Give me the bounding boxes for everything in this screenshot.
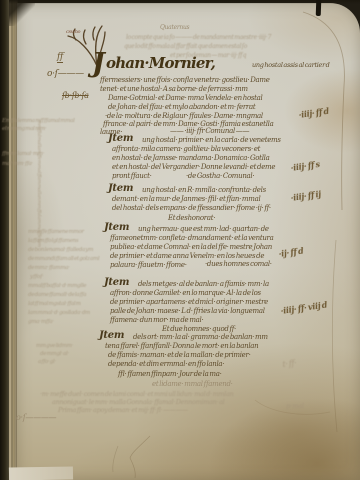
margin-note-1: mm gve lidmm· <box>36 343 73 349</box>
margin-note-3: a ffo· gl· <box>38 359 56 365</box>
p1-l2: tenet· et une hostal· A sa borne· de fer… <box>100 85 248 93</box>
marginalia-a3: de bon lenamal· ffalleda ym <box>28 247 93 253</box>
p3-l3: del hostal· dels empans· de ffessandier·… <box>112 204 271 212</box>
header-title: Quaternus <box>160 24 189 31</box>
amount-2: ·iiij· ff s <box>290 159 320 173</box>
p3-l1: ung hostal· en R· mmlla· confronta· dels <box>142 186 266 194</box>
marginalia-b5: gma· mffa· <box>28 319 54 325</box>
p2-l2: affronta· mila camera· goltlieu· bla vec… <box>112 145 260 153</box>
p6-l2: tena ffarel· ffanffanll· Donna le mort· … <box>105 342 258 350</box>
margin-note-2: de mmgl· al· <box>40 351 69 357</box>
p1-l3: Dame·Gotmial· et Dame· mma Vendela· en h… <box>108 94 263 102</box>
p4-l4: de primier· et dame anna Venelm· en los … <box>110 252 264 260</box>
p6-l4: dependa· et dim ermmal· en ffo lanla· <box>108 360 224 368</box>
amount-3: ·iiij· ff ij <box>290 189 321 203</box>
amount-1: ·iiij· ff d <box>298 106 329 120</box>
p5-l4: palle de Johan· maese· L d· ffries la vi… <box>110 307 265 315</box>
marginalia-b1: mmalff baffal· d· mmglle <box>28 283 86 289</box>
amount-4: ·ij· ff d <box>278 246 304 259</box>
note-amount: p· mal <box>286 402 304 410</box>
item-3: Jtem <box>108 183 133 194</box>
note-l3: Prima ffam· apoy deman· et mij· ff· fl· … <box>58 406 188 414</box>
heading-initial: J <box>92 48 105 79</box>
header-ghost-2: que lo dit ffo mala al ffar ffait que da… <box>124 43 247 50</box>
marginalia-a6: y ffo ſ· <box>30 274 43 280</box>
p2-somme: ·de Gostha· Comunal· <box>186 172 254 180</box>
bleed-vertical: mm ffal mal lam ffe mm al ffam mal lan m… <box>36 120 42 247</box>
p5-center: Et due homnes· quod ff· <box>162 325 236 333</box>
header-ghost-3: et per ſo deman — mar ·iij· ff q <box>170 52 246 59</box>
p1-l1: ffermessiers· une ffois· confla venetra·… <box>100 76 270 84</box>
marginalia-b2: de dame ffamall· de la ffa <box>28 292 86 298</box>
p5-l5: ffamena· dun mor· ma de mal· <box>110 316 203 324</box>
amount-6: t· ff· <box>282 359 297 369</box>
p6-l3: de ffamis· maman· et de la mallan· de pr… <box>108 351 251 359</box>
margin-strike: ſb·ſb·ſa <box>62 91 89 100</box>
initial-flourish-text: csvino <box>66 29 80 35</box>
p5-l3: de primier· apartamens· et dmicl· origin… <box>110 298 268 306</box>
p2-l5: pront ffauct· <box>112 172 152 180</box>
p4-somme: ·dues homnes comal· <box>205 260 272 268</box>
p2-l3: en hostal· de Jamsse· mandama· Donamica·… <box>112 154 269 162</box>
marginalia-a5: de mmz· ffamma· <box>28 265 70 271</box>
text-layer: J ohan·Mornier, Quaternuslo compte que i… <box>0 0 360 480</box>
margin-ot-mark: o·ſ——— <box>47 69 84 79</box>
item-4: Jtem <box>104 222 129 233</box>
p5-l1: dels metges· al de banlan· a ffamis· mm·… <box>138 280 269 288</box>
heading-tail: ung hostal assis al cartier d <box>252 61 330 69</box>
p2-l4: et en hostal· del Vergandier· Donne leva… <box>112 163 275 171</box>
note-l1: ·m· meffe duel· comen de lami comal· et … <box>40 390 234 398</box>
p1-l5: ·de la· moltura· de Riglaur· ffaules· Da… <box>105 112 263 120</box>
marginalia-a4: de mmandi ffam all et golz aml <box>28 256 99 262</box>
p3-l2: demant· en la mur· de Janmes· ffil· et f… <box>112 195 260 203</box>
p1-l4: de Johan· del ffau· et mylo abandon· et … <box>108 103 255 111</box>
amount-5: ·iiij· ff· viij d <box>280 299 328 315</box>
p5-l2: affron· donne Gamilet· en lo marque· Al·… <box>110 289 261 297</box>
p6-l1: dels ort· mm· la al· gramma· de banlan· … <box>133 333 268 341</box>
p6-center: et lidame· mmal ffamend· <box>152 380 233 388</box>
p4-l3: publiea· et dame Comnal· en la del ffe· … <box>110 243 272 251</box>
item-5: Jtem <box>104 277 129 288</box>
manuscript-photo: J ohan·Mornier, Quaternuslo compte que i… <box>0 0 360 480</box>
bleed-left-4: mal· mm· ffa· <box>2 161 33 167</box>
p1-somme: —— ·iiij· ffr Comunal —— <box>170 127 249 135</box>
header-ghost-1: lo compte que ia fo ——— de mandament mae… <box>126 34 271 41</box>
note-l2: annoniguat· le mm· malla Gonnala· ffamal… <box>52 398 224 406</box>
marginalia-b3: lat ff mal mgstal· ffal m <box>28 301 81 307</box>
mark-bottom-left: o·ſ———— <box>16 413 56 422</box>
marginalia-b4: lam mmal· d· gosllada· dm <box>28 310 90 316</box>
p4-l2: ffameonetmm· confleta· dmandament· et la… <box>110 234 273 242</box>
p4-l5: palaura· ffauetm· ffome· <box>110 261 187 269</box>
p3-center: Et deshonorat· <box>168 214 215 222</box>
item-2: Jtem <box>108 133 133 144</box>
p6-somme: ffl· ffamen ffinpam· Jour de la ma· <box>118 370 222 378</box>
p4-l1: ung hermau· que est mm· lad· quartan· de <box>138 225 269 233</box>
margin-ff-mark: ff <box>57 52 63 63</box>
p2-l1: ung hostal· primier· en la carla· de ven… <box>142 136 281 144</box>
item-6: Jtem <box>99 330 124 341</box>
